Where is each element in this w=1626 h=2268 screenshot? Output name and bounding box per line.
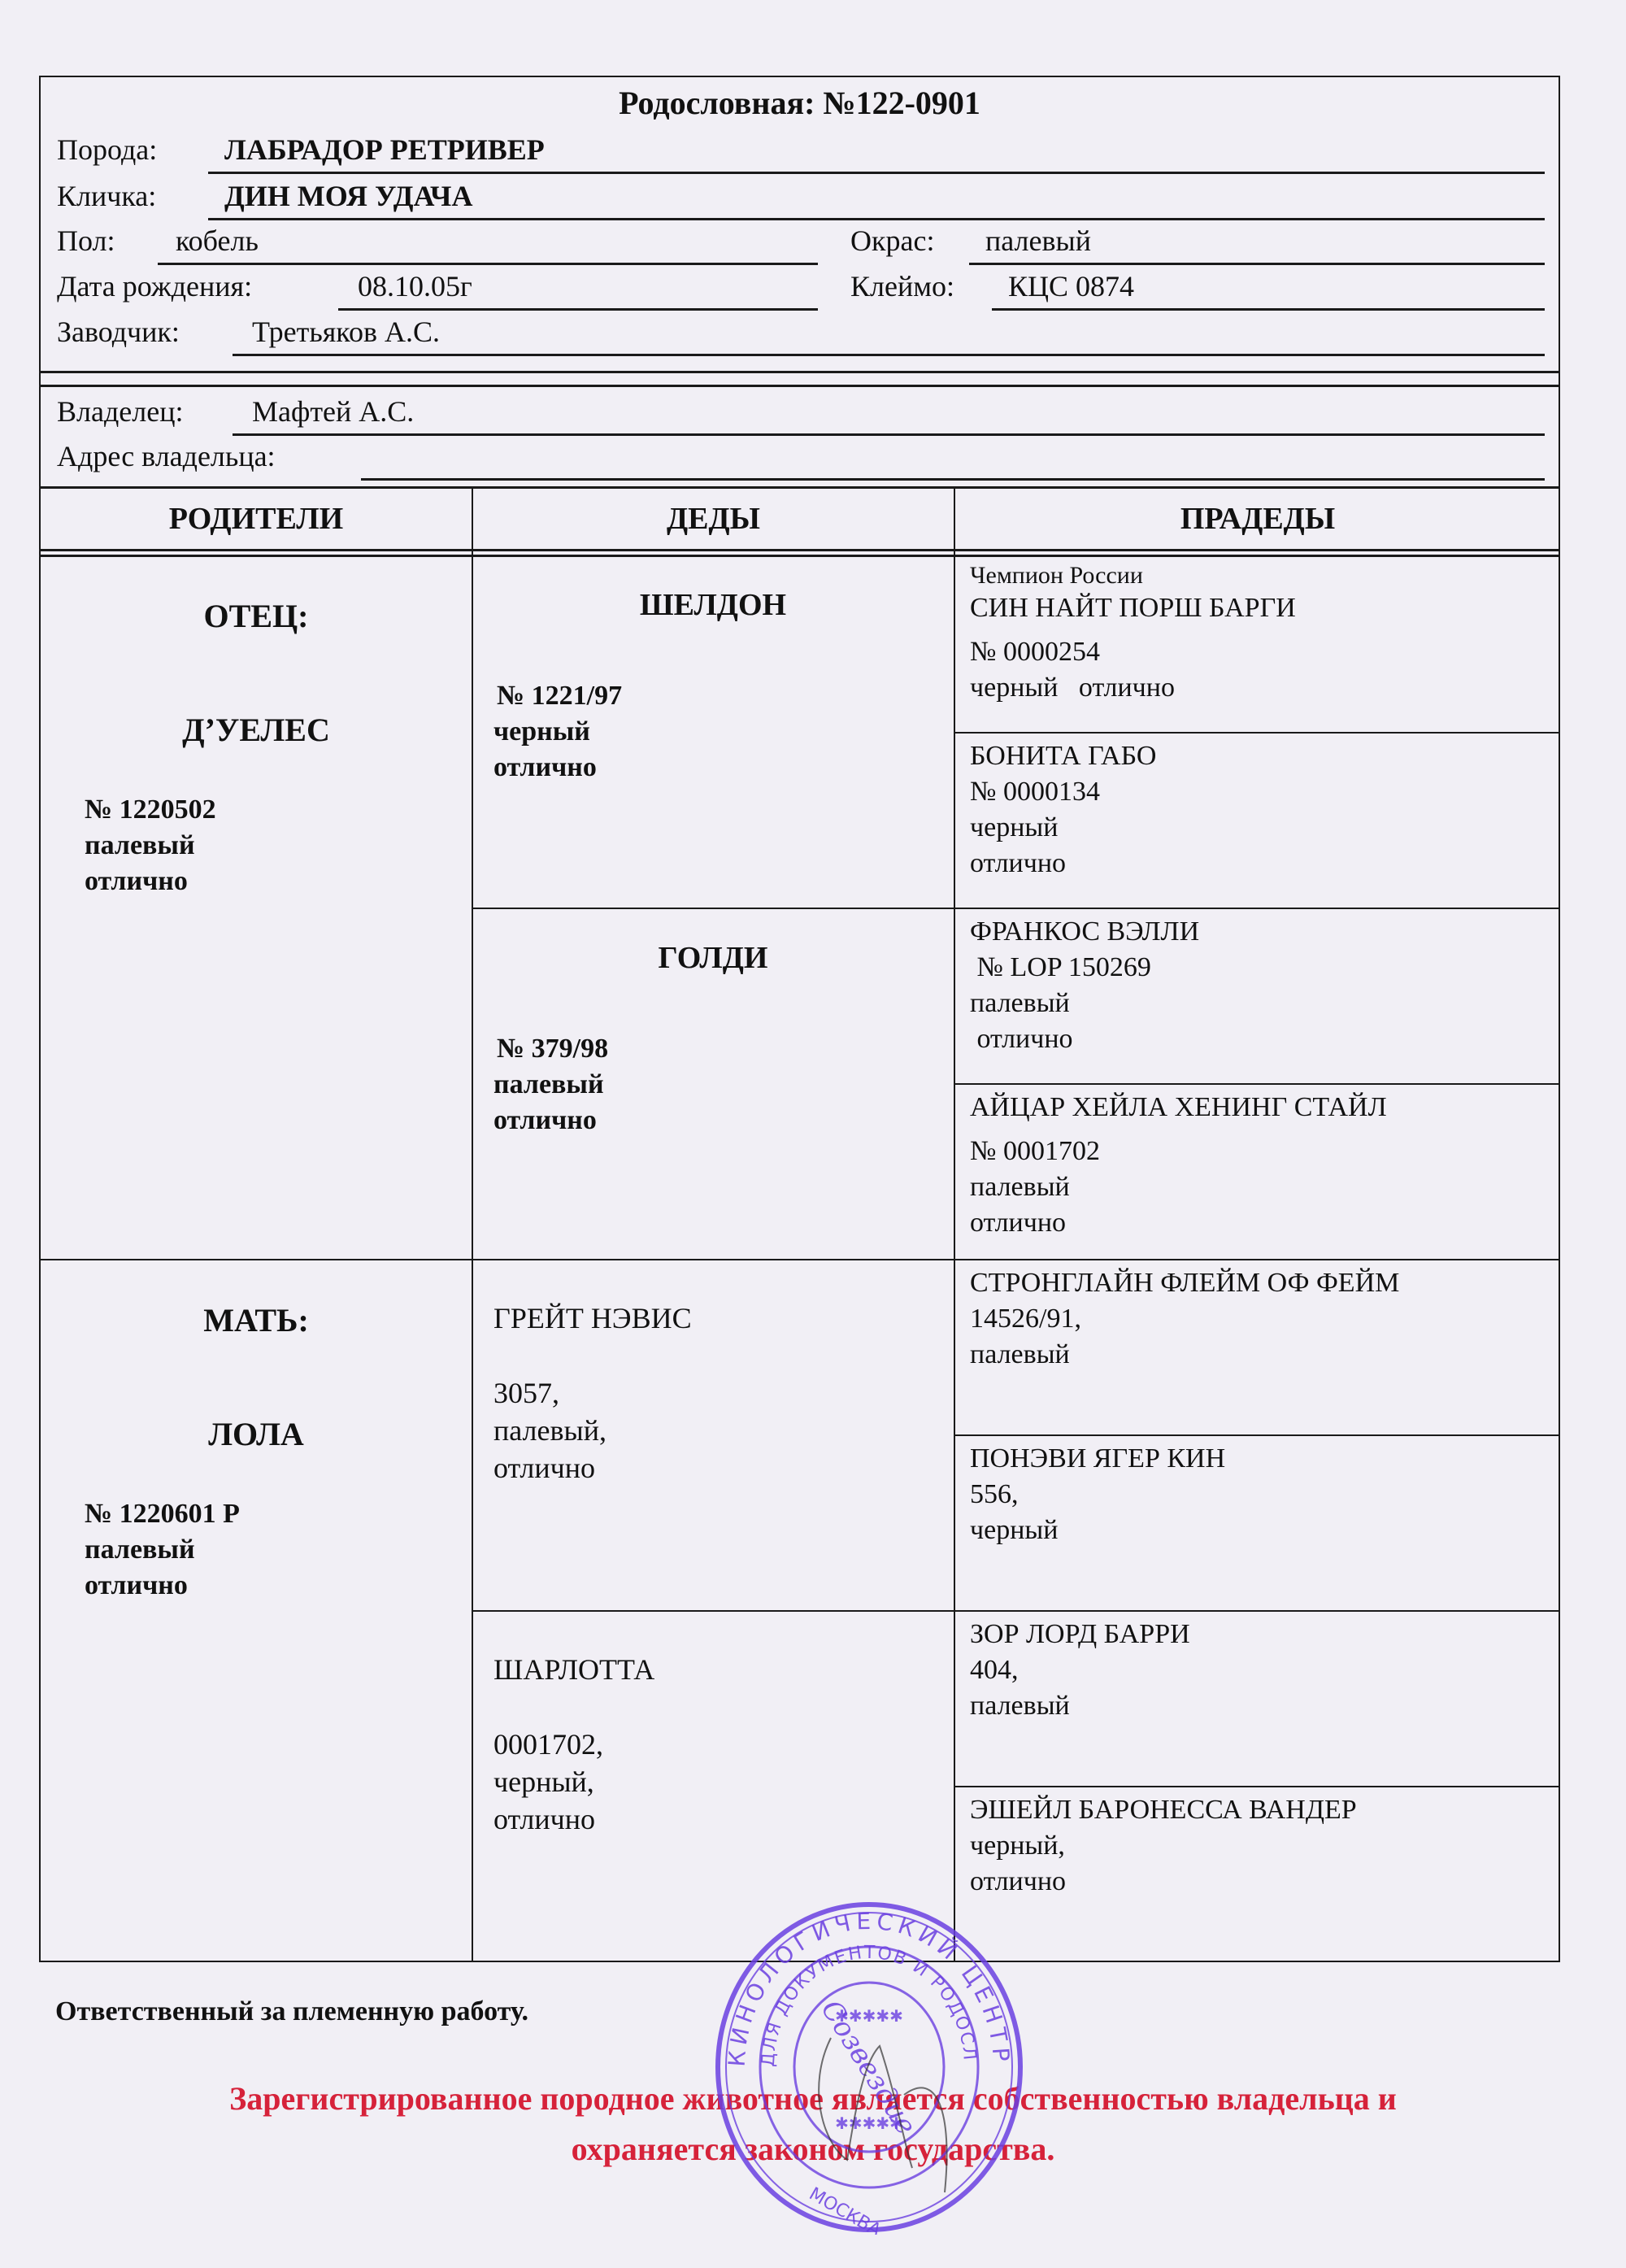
owner-value: Мафтей А.С. [252,394,414,429]
grandparent-details: ГРЕЙТ НЭВИС3057,палевый,отлично [493,1299,692,1487]
great-grandparent-line: № 0000254 [970,634,1560,670]
great-grandparent-line: черный [970,1513,1560,1548]
grandparent-name: ГРЕЙТ НЭВИС [493,1299,692,1337]
parent-role: МАТЬ: [41,1301,472,1339]
table-header: РОДИТЕЛИ ДЕДЫ ПРАДЕДЫ [41,486,1559,551]
grandparent-color: палевый [493,1067,608,1103]
brand-value: КЦС 0874 [1008,269,1134,303]
dob-label: Дата рождения: [57,269,252,303]
sex-value: кобель [176,224,259,258]
name-label: Кличка: [57,179,156,213]
grandparent-number: № 379/98 [493,1031,608,1067]
dam-cell: МАТЬ:ЛОЛА№ 1220601 Рпалевыйотлично [41,1259,472,1961]
grandparent-name: ШАРЛОТТА [493,1651,654,1688]
great-grandparent-line: № 0000134 [970,774,1560,810]
parent-grade: отлично [85,864,216,899]
breeder-value: Третьяков А.С. [252,315,440,349]
breeder-label: Заводчик: [57,315,180,349]
great-grandparent-cell: СТРОНГЛАЙН ФЛЕЙМ ОФ ФЕЙМ14526/91,палевый [955,1259,1560,1434]
great-grandparent-line [970,626,1560,634]
parent-number: № 1220601 Р [85,1496,240,1532]
great-grandparent-line: отлично [970,846,1560,882]
svg-text:✱✱✱✱✱: ✱✱✱✱✱ [835,2115,903,2133]
grandparent-name: ГОЛДИ [472,940,954,976]
great-grandparent-cell: ФРАНКОС ВЭЛЛИ № LOP 150269палевый отличн… [955,908,1560,1083]
header-great-grandparents: ПРАДЕДЫ [955,489,1560,549]
great-grandparent-line: 556, [970,1477,1560,1513]
owner-address-label: Адрес владельца: [57,439,276,473]
parent-details: № 1220502палевыйотлично [85,792,216,899]
parent-color: палевый [85,828,216,864]
parent-name: Д’УЕЛЕС [41,711,472,749]
parent-number: № 1220502 [85,792,216,828]
great-grandparent-line: палевый [970,1169,1560,1205]
great-grandparent-line [970,1125,1560,1134]
kennel-stamp-icon: КИНОЛОГИЧЕСКИЙ ЦЕНТР ДЛЯ ДОКУМЕНТОВ И РО… [709,1900,1029,2235]
grandparent-name: ШЕЛДОН [472,587,954,623]
great-grandparent-line: черный отлично [970,670,1560,706]
great-grandparent-line: СИН НАЙТ ПОРШ БАРГИ [970,590,1560,626]
color-label: Окрас: [850,224,934,258]
grandparent-color: палевый, [493,1412,692,1449]
parent-details: № 1220601 Рпалевыйотлично [85,1496,240,1604]
great-grandparent-line: палевый [970,1337,1560,1373]
name-value: ДИН МОЯ УДАЧА [224,179,472,213]
responsible-person-label: Ответственный за племенную работу. [55,1996,528,2027]
great-grandparent-cell: Чемпион РоссииСИН НАЙТ ПОРШ БАРГИ№ 00002… [955,556,1560,732]
separator [41,371,1559,373]
great-grandparent-line: черный [970,810,1560,846]
great-grandparent-line: 404, [970,1652,1560,1688]
grandparent-number: № 1221/97 [493,678,622,714]
header-grandparents: ДЕДЫ [472,489,954,549]
great-grandparent-line: палевый [970,986,1560,1021]
grandparent-details: ШАРЛОТТА0001702,черный,отлично [493,1651,654,1838]
grandparent-number: 3057, [493,1374,692,1412]
great-grandparent-line: ФРАНКОС ВЭЛЛИ [970,914,1560,950]
grandparent-details: № 379/98палевыйотлично [493,1031,608,1138]
great-grandparent-line: № 0001702 [970,1134,1560,1169]
great-grandparent-line: отлично [970,1021,1560,1057]
great-grandparent-line: АЙЦАР ХЕЙЛА ХЕНИНГ СТАЙЛ [970,1090,1560,1125]
great-grandparent-line: БОНИТА ГАБО [970,738,1560,774]
owner-label: Владелец: [57,394,183,429]
grandparent-grade: отлично [493,750,622,786]
great-grandparent-line: № LOP 150269 [970,950,1560,986]
brand-label: Клеймо: [850,269,954,303]
great-grandparent-line: отлично [970,1205,1560,1241]
great-grandparent-line: отлично [970,1864,1560,1900]
grandparent-color: черный [493,714,622,750]
grandparent-cell: ГРЕЙТ НЭВИС3057,палевый,отлично [472,1259,954,1610]
separator [41,385,1559,387]
great-grandparent-line: ЭШЕЙЛ БАРОНЕССА ВАНДЕР [970,1792,1560,1828]
great-grandparent-cell: АЙЦАР ХЕЙЛА ХЕНИНГ СТАЙЛ№ 0001702палевый… [955,1083,1560,1259]
sire-cell: ОТЕЦ:Д’УЕЛЕС№ 1220502палевыйотлично [41,556,472,1259]
great-grandparent-cell: ЭШЕЙЛ БАРОНЕССА ВАНДЕРчерный,отлично [955,1786,1560,1961]
great-grandparent-line: черный, [970,1828,1560,1864]
pedigree-table: РОДИТЕЛИ ДЕДЫ ПРАДЕДЫ ОТЕЦ:Д’УЕЛЕС№ 1220… [41,486,1559,1961]
parent-role: ОТЕЦ: [41,597,472,635]
dob-value: 08.10.05г [358,269,472,303]
sex-label: Пол: [57,224,115,258]
grandparent-cell: ГОЛДИ№ 379/98палевыйотлично [472,908,954,1259]
great-grandparent-line: ПОНЭВИ ЯГЕР КИН [970,1441,1560,1477]
header-parents: РОДИТЕЛИ [41,489,472,549]
grandparent-cell: ШЕЛДОН№ 1221/97черныйотлично [472,556,954,908]
parent-color: палевый [85,1532,240,1568]
great-grandparent-cell: ПОНЭВИ ЯГЕР КИН556,черный [955,1434,1560,1610]
color-value: палевый [985,224,1091,258]
grandparent-details: № 1221/97черныйотлично [493,678,622,786]
svg-text:✱✱✱✱✱: ✱✱✱✱✱ [835,2008,903,2026]
grandparent-grade: отлично [493,1800,654,1838]
great-grandparent-line: СТРОНГЛАЙН ФЛЕЙМ ОФ ФЕЙМ [970,1265,1560,1301]
breed-value: ЛАБРАДОР РЕТРИВЕР [224,133,545,167]
grandparent-grade: отлично [493,1103,608,1138]
great-grandparent-line: палевый [970,1688,1560,1724]
grandparent-color: черный, [493,1763,654,1800]
parent-grade: отлично [85,1568,240,1604]
great-grandparent-line: 14526/91, [970,1301,1560,1337]
pedigree-title: Родословная: №122-0901 [41,84,1559,122]
breed-label: Порода: [57,133,157,167]
parent-name: ЛОЛА [41,1415,472,1453]
grandparent-number: 0001702, [493,1726,654,1763]
great-grandparent-cell: ЗОР ЛОРД БАРРИ404,палевый [955,1610,1560,1786]
pedigree-form: Родословная: №122-0901 Порода: ЛАБРАДОР … [39,76,1560,1962]
great-grandparent-line: ЗОР ЛОРД БАРРИ [970,1617,1560,1652]
great-grandparent-cell: БОНИТА ГАБО№ 0000134черныйотлично [955,732,1560,908]
great-grandparent-line: Чемпион России [970,561,1560,590]
grandparent-grade: отлично [493,1449,692,1487]
